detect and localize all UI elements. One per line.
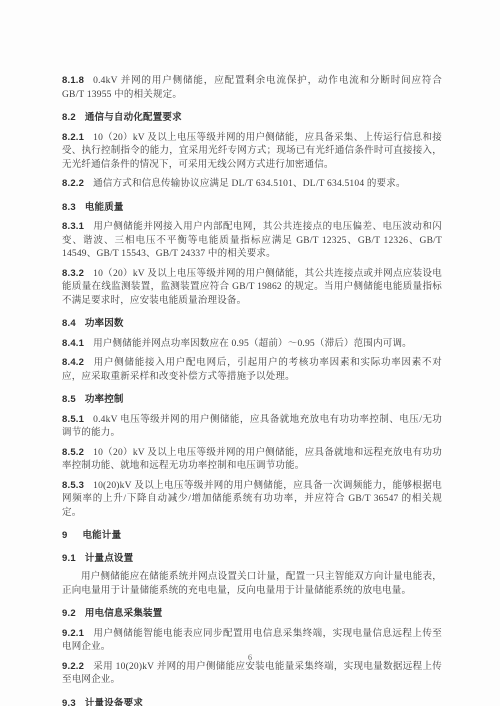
clause: 8.5.10.4kV 电压等级并网的用户侧储能，应具备就地充放电有功功率控制、电…: [62, 413, 442, 441]
clause-number: 8.3: [62, 202, 76, 213]
clause-number: 9.3: [62, 698, 76, 706]
heading-title: 计量设备要求: [85, 698, 143, 706]
clause-text: 10（20）kV 及以上电压等级并网的用户侧储能，应具备采集、上传运行信息和接受…: [62, 133, 442, 170]
clause-number: 8.2.1: [62, 132, 84, 143]
clause-text: 用户侧储能应在储能系统并网点设置关口计量，配置一只主智能双方向计量电能表，正向电…: [62, 572, 442, 596]
clause-number: 8.5.3: [62, 480, 84, 491]
clause: 8.3.210（20）kV 及以上电压等级并网的用户侧储能，其公共连接点或并网点…: [62, 267, 442, 309]
clause: 9.2.1用户侧储能智能电能表应同步配置用电信息采集终端，实现电量信息远程上传至…: [62, 627, 442, 655]
clause: 8.2.110（20）kV 及以上电压等级并网的用户侧储能，应具备采集、上传运行…: [62, 131, 442, 173]
heading-title: 电能计量: [82, 530, 121, 541]
document-page: 8.1.80.4kV 并网的用户侧储能，应配置剩余电流保护，动作电流和分断时间应…: [0, 0, 500, 706]
chapter-heading: 9电能计量: [62, 529, 442, 543]
page-number: 6: [0, 652, 500, 662]
clause-text: 0.4kV 电压等级并网的用户侧储能，应具备就地充放电有功功率控制、电压/无功调…: [62, 415, 442, 439]
heading-title: 计量点设置: [85, 553, 134, 564]
clause-number: 8.5: [62, 394, 76, 405]
clause-number: 9: [62, 530, 67, 541]
clause-number: 8.5.1: [62, 414, 84, 425]
section-heading: 9.2用电信息采集装置: [62, 607, 442, 621]
clause-text: 0.4kV 并网的用户侧储能，应配置剩余电流保护，动作电流和分断时间应符合 GB…: [62, 76, 442, 100]
clause-text: 10（20）kV 及以上电压等级并网的用户侧储能，应具备就地和远程充放电有功功率…: [62, 448, 442, 472]
clause-number: 9.2.1: [62, 628, 84, 639]
section-heading: 9.1计量点设置: [62, 552, 442, 566]
clause: 8.5.310(20)kV 及以上电压等级并网的用户侧储能，应具备一次调频能力，…: [62, 479, 442, 521]
heading-title: 电能质量: [85, 202, 124, 213]
clause-text: 采用 10(20)kV 并网的用户侧储能应安装电能量采集终端，实现电量数据远程上…: [62, 662, 442, 686]
section-heading: 8.4功率因数: [62, 317, 442, 331]
clause: 8.2.2通信方式和信息传输协议应满足 DL/T 634.5101、DL/T 6…: [62, 177, 442, 192]
clause-number: 8.3.2: [62, 268, 84, 279]
heading-title: 通信与自动化配置要求: [85, 112, 182, 123]
heading-title: 功率因数: [85, 318, 124, 329]
clause-text: 用户侧储能接入用户配电网后，引起用户的考核功率因素和实际功率因素不对应，应采取重…: [62, 358, 442, 382]
heading-title: 功率控制: [85, 394, 124, 405]
clause-text: 用户侧储能智能电能表应同步配置用电信息采集终端，实现电量信息远程上传至电网企业。: [62, 629, 442, 653]
section-heading: 8.5功率控制: [62, 393, 442, 407]
clause: 8.4.2用户侧储能接入用户配电网后，引起用户的考核功率因素和实际功率因素不对应…: [62, 356, 442, 384]
clause-number: 8.4: [62, 318, 76, 329]
clause-number: 8.4.2: [62, 357, 84, 368]
section-heading: 8.3电能质量: [62, 201, 442, 215]
clause-number: 8.2: [62, 112, 76, 123]
clause-number: 9.1: [62, 553, 76, 564]
clause-number: 9.2.2: [62, 661, 84, 672]
clause-number: 8.2.2: [62, 178, 84, 189]
section-heading: 8.2通信与自动化配置要求: [62, 111, 442, 125]
clause-text: 10(20)kV 及以上电压等级并网的用户侧储能，应具备一次调频能力，能够根据电…: [62, 481, 442, 518]
clause-text: 用户侧储能并网点功率因数应在 0.95（超前）～0.95（滞后）范围内可调。: [93, 339, 412, 349]
clause-number: 8.1.8: [62, 75, 84, 86]
section-heading: 9.3计量设备要求: [62, 697, 442, 706]
clause-number: 8.5.2: [62, 447, 84, 458]
clause: 8.3.1用户侧储能并网接入用户内部配电网，其公共连接点的电压偏差、电压波动和闪…: [62, 220, 442, 262]
clause: 8.4.1用户侧储能并网点功率因数应在 0.95（超前）～0.95（滞后）范围内…: [62, 337, 442, 352]
clause: 8.1.80.4kV 并网的用户侧储能，应配置剩余电流保护，动作电流和分断时间应…: [62, 74, 442, 102]
clause-text: 用户侧储能并网接入用户内部配电网，其公共连接点的电压偏差、电压波动和闪变、谐波、…: [62, 222, 442, 259]
clause-number: 8.4.1: [62, 338, 84, 349]
clause: 9.2.2采用 10(20)kV 并网的用户侧储能应安装电能量采集终端，实现电量…: [62, 660, 442, 688]
heading-title: 用电信息采集装置: [85, 608, 163, 619]
clause: 8.5.210（20）kV 及以上电压等级并网的用户侧储能，应具备就地和远程充放…: [62, 446, 442, 474]
clause-text: 通信方式和信息传输协议应满足 DL/T 634.5101、DL/T 634.51…: [93, 179, 406, 189]
body-paragraph: 用户侧储能应在储能系统并网点设置关口计量，配置一只主智能双方向计量电能表，正向电…: [62, 571, 442, 598]
clause-text: 10（20）kV 及以上电压等级并网的用户侧储能，其公共连接点或并网点应装设电能…: [62, 269, 442, 306]
document-body: 8.1.80.4kV 并网的用户侧储能，应配置剩余电流保护，动作电流和分断时间应…: [62, 74, 442, 706]
clause-number: 9.2: [62, 608, 76, 619]
clause-number: 8.3.1: [62, 221, 84, 232]
